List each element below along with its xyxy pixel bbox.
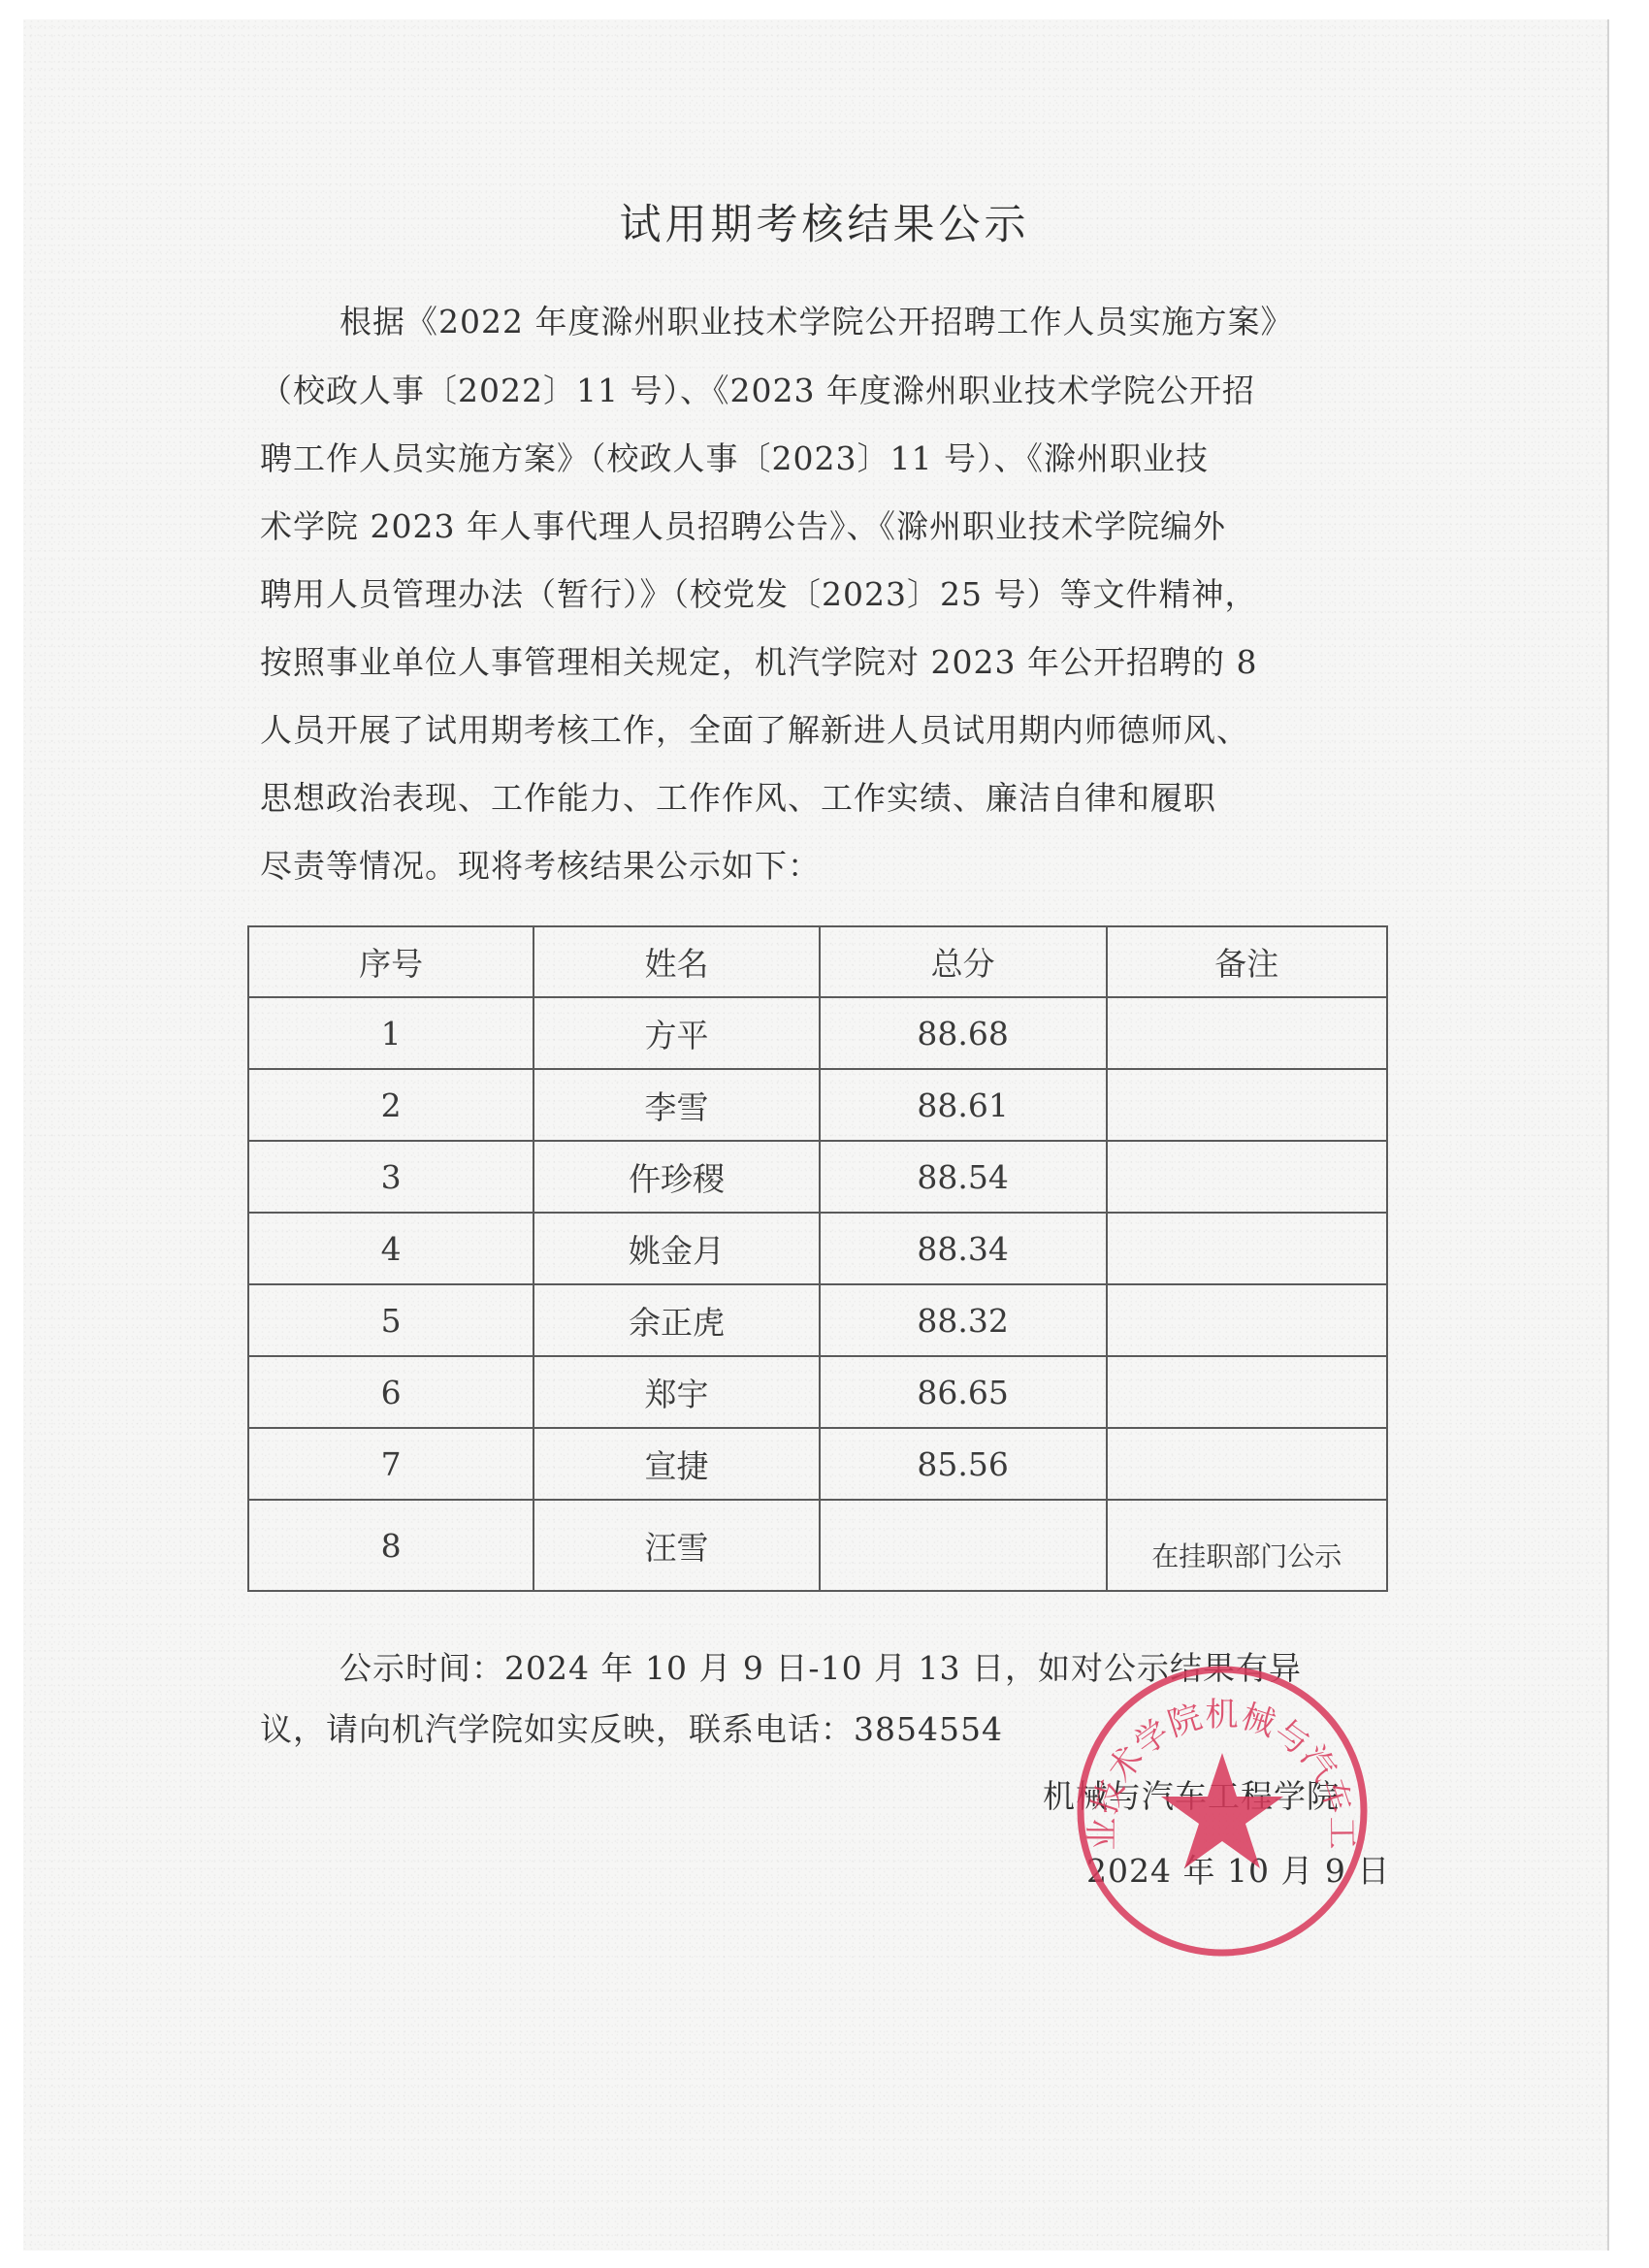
cell-remark	[1107, 1141, 1387, 1213]
paragraph-line: 人员开展了试用期考核工作，全面了解新进人员试用期内师德师风、	[260, 705, 1249, 751]
table-row: 5 余正虎 88.32	[248, 1284, 1387, 1356]
table-row: 1 方平 88.68	[248, 997, 1387, 1069]
table-row: 3 仵珍稷 88.54	[248, 1141, 1387, 1213]
table-row: 4 姚金月 88.34	[248, 1213, 1387, 1284]
cell-name: 汪雪	[533, 1500, 819, 1591]
paragraph-line: 思想政治表现、工作能力、工作作风、工作实绩、廉洁自律和履职	[260, 773, 1216, 819]
paragraph-line: 术学院 2023 年人事代理人员招聘公告》、《滁州职业技术学院编外	[260, 502, 1226, 547]
header-number: 序号	[248, 926, 533, 997]
page-edge-line	[1607, 19, 1609, 2251]
cell-number: 7	[248, 1428, 533, 1500]
cell-number: 3	[248, 1141, 533, 1213]
cell-name: 宣捷	[533, 1428, 819, 1500]
paragraph-line: 按照事业单位人事管理相关规定，机汽学院对 2023 年公开招聘的 8	[260, 637, 1257, 683]
paragraph-line: （校政人事〔2022〕11 号）、《2023 年度滁州职业技术学院公开招	[260, 366, 1255, 411]
table-row: 8 汪雪 在挂职部门公示	[248, 1500, 1387, 1591]
header-name: 姓名	[533, 926, 819, 997]
cell-remark	[1107, 1356, 1387, 1428]
cell-remark	[1107, 1069, 1387, 1141]
signature-org: 机械与汽车工程学院	[1043, 1771, 1340, 1817]
table-row: 2 李雪 88.61	[248, 1069, 1387, 1141]
cell-remark: 在挂职部门公示	[1107, 1500, 1387, 1591]
cell-remark	[1107, 1213, 1387, 1284]
cell-number: 6	[248, 1356, 533, 1428]
cell-score: 88.68	[820, 997, 1107, 1069]
cell-score	[820, 1500, 1107, 1591]
cell-score: 88.61	[820, 1069, 1107, 1141]
paragraph-line: 聘工作人员实施方案》（校政人事〔2023〕11 号）、《滁州职业技	[260, 434, 1209, 479]
cell-remark	[1107, 1428, 1387, 1500]
cell-name: 李雪	[533, 1069, 819, 1141]
signature-date: 2024 年 10 月 9 日	[1086, 1846, 1390, 1892]
cell-score: 88.32	[820, 1284, 1107, 1356]
cell-score: 88.34	[820, 1213, 1107, 1284]
document-title: 试用期考核结果公示	[0, 192, 1649, 251]
cell-number: 4	[248, 1213, 533, 1284]
cell-name: 方平	[533, 997, 819, 1069]
cell-name: 姚金月	[533, 1213, 819, 1284]
table-row: 6 郑宇 86.65	[248, 1356, 1387, 1428]
header-remark: 备注	[1107, 926, 1387, 997]
table-header-row: 序号 姓名 总分 备注	[248, 926, 1387, 997]
cell-remark	[1107, 997, 1387, 1069]
cell-name: 余正虎	[533, 1284, 819, 1356]
cell-number: 5	[248, 1284, 533, 1356]
cell-number: 2	[248, 1069, 533, 1141]
cell-score: 88.54	[820, 1141, 1107, 1213]
cell-number: 8	[248, 1500, 533, 1591]
cell-number: 1	[248, 997, 533, 1069]
results-table: 序号 姓名 总分 备注 1 方平 88.68 2 李雪 88.61 3 仵珍稷 …	[247, 925, 1388, 1592]
table-row: 7 宣捷 85.56	[248, 1428, 1387, 1500]
cell-remark	[1107, 1284, 1387, 1356]
cell-name: 仵珍稷	[533, 1141, 819, 1213]
paragraph-line: 尽责等情况。现将考核结果公示如下：	[260, 841, 821, 887]
paragraph-line: 聘用人员管理办法（暂行）》（校党发〔2023〕25 号）等文件精神，	[260, 569, 1257, 615]
cell-score: 86.65	[820, 1356, 1107, 1428]
notice-line: 议，请向机汽学院如实反映，联系电话：3854554	[260, 1704, 1003, 1750]
header-score: 总分	[820, 926, 1107, 997]
cell-name: 郑宇	[533, 1356, 819, 1428]
notice-line: 公示时间：2024 年 10 月 9 日-10 月 13 日，如对公示结果有异	[339, 1643, 1302, 1689]
cell-score: 85.56	[820, 1428, 1107, 1500]
paragraph-line: 根据《2022 年度滁州职业技术学院公开招聘工作人员实施方案》	[339, 297, 1293, 342]
